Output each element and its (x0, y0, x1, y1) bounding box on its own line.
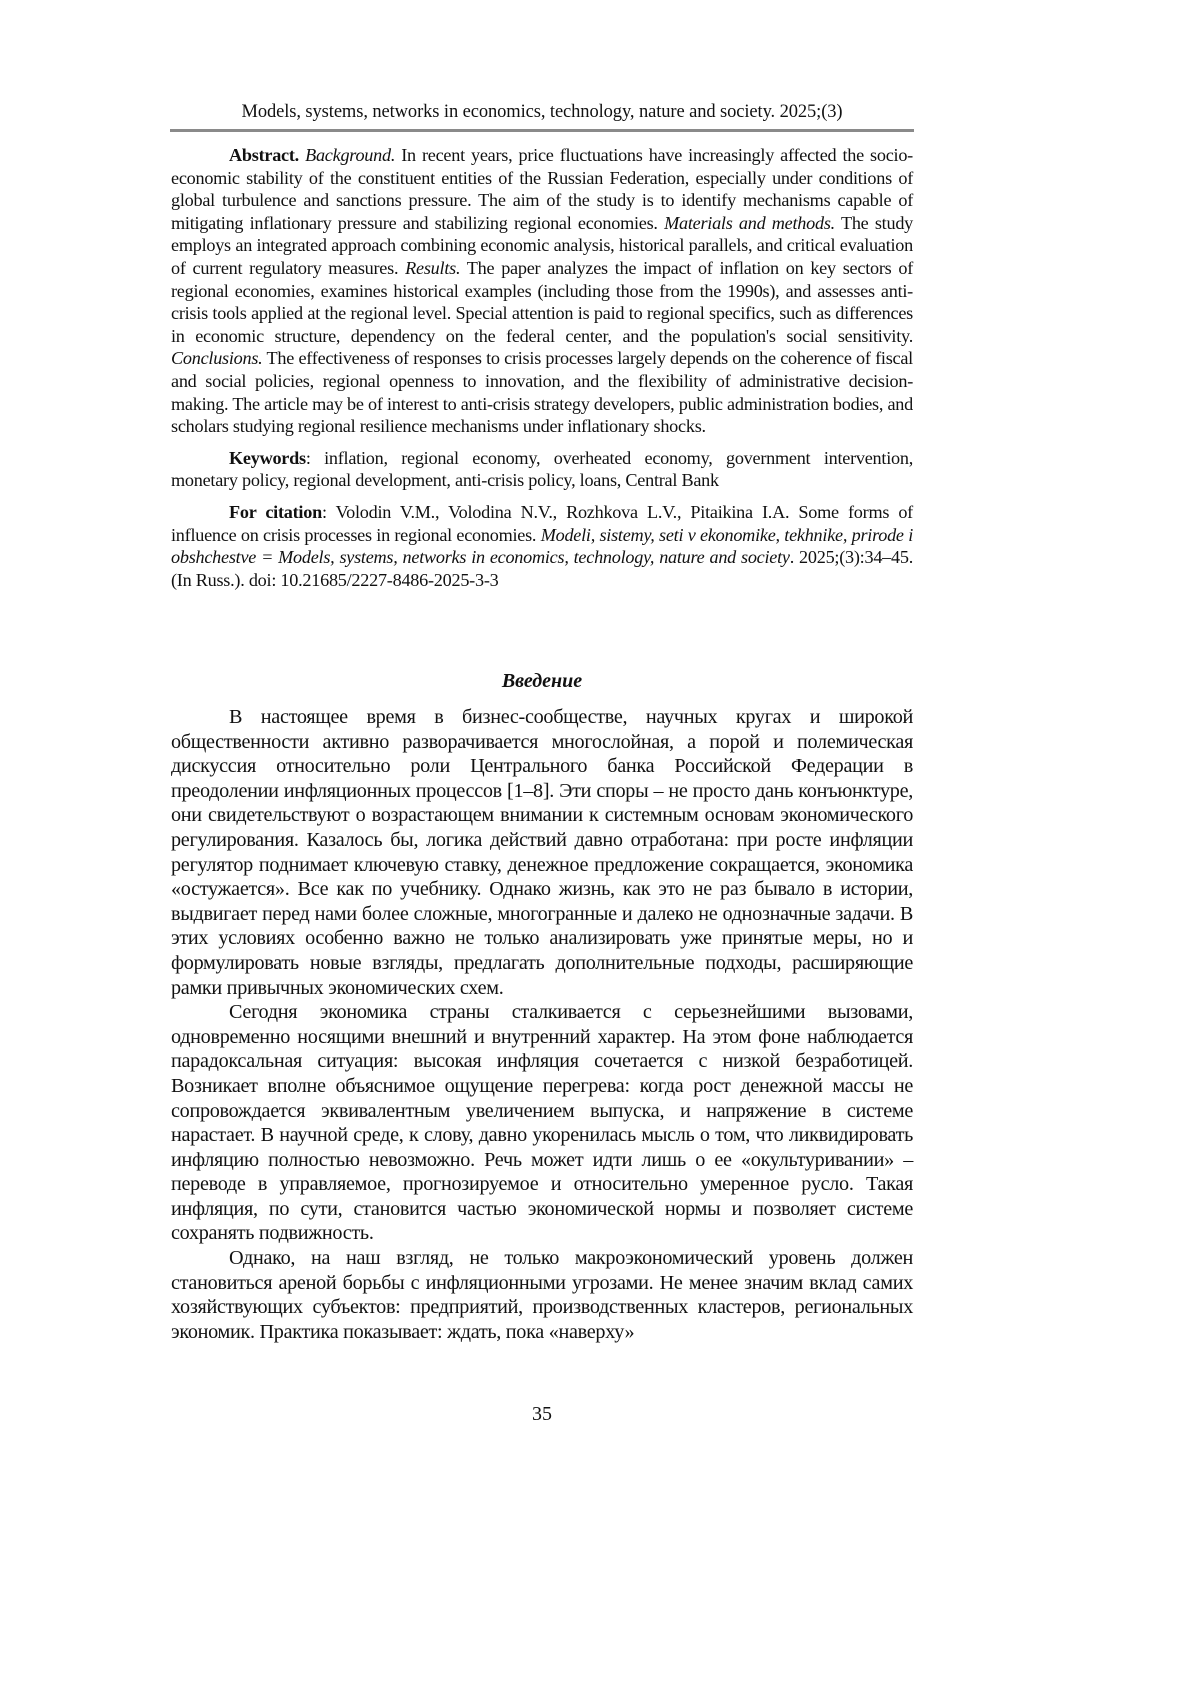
abstract-conclusions-text: The effectiveness of responses to crisis… (171, 348, 913, 436)
abstract-conclusions-label: Conclusions. (171, 348, 262, 368)
abstract-results-label: Results. (405, 258, 460, 278)
abstract-methods-label: Materials and methods. (664, 213, 835, 233)
header-rule-divider (170, 129, 914, 132)
citation-label: For citation (229, 502, 322, 522)
abstract-paragraph: Abstract. Background. In recent years, p… (171, 144, 913, 438)
front-matter: Abstract. Background. In recent years, p… (171, 144, 913, 591)
body-paragraph: В настоящее время в бизнес-сообществе, н… (171, 705, 913, 1000)
body-paragraph: Сегодня экономика страны сталкивается с … (171, 1000, 913, 1246)
running-head: Models, systems, networks in economics, … (171, 101, 913, 123)
section-heading: Введение (171, 669, 913, 693)
page-number: 35 (171, 1402, 913, 1426)
abstract-background-label: Background. (305, 145, 395, 165)
keywords-label: Keywords (229, 448, 306, 468)
body-paragraph: Однако, на наш взгляд, не только макроэк… (171, 1246, 913, 1344)
keywords-paragraph: Keywords: inflation, regional economy, o… (171, 447, 913, 492)
section-body: В настоящее время в бизнес-сообществе, н… (171, 705, 913, 1344)
abstract-label: Abstract. (229, 145, 299, 165)
citation-paragraph: For citation: Volodin V.M., Volodina N.V… (171, 501, 913, 591)
